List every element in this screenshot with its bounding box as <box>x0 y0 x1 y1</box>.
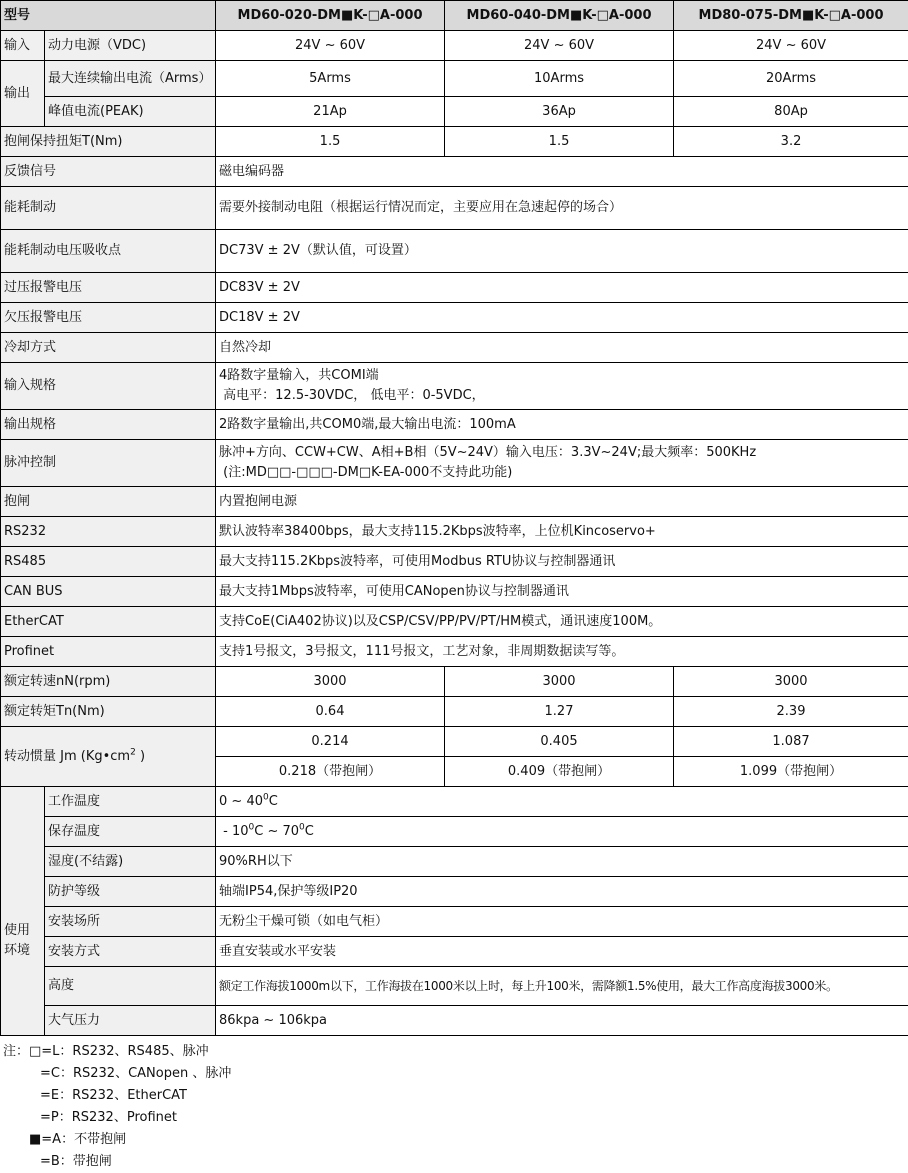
rated-torque-row: 额定转矩Tn(Nm) 0.64 1.27 2.39 <box>1 697 908 727</box>
env-label: 大气压力 <box>45 1006 216 1036</box>
input-group-label: 输入 <box>1 31 45 61</box>
rated-speed-3: 3000 <box>674 667 908 697</box>
model-header-2: MD60-040-DM■K-□A-000 <box>445 1 674 31</box>
spec-value: DC73V ± 2V（默认值，可设置） <box>216 230 908 273</box>
spec-value: 最大支持115.2Kbps波特率，可使用Modbus RTU协议与控制器通讯 <box>216 547 908 577</box>
env-label: 安装方式 <box>45 937 216 967</box>
env-row-pressure: 大气压力 86kpa ~ 106kpa <box>1 1006 908 1036</box>
spec-value: 需要外接制动电阻（根据运行情况而定，主要应用在急速起停的场合） <box>216 187 908 230</box>
spec-label: 过压报警电压 <box>1 273 216 303</box>
rated-speed-1: 3000 <box>216 667 445 697</box>
env-row-mounting: 安装方式 垂直安装或水平安装 <box>1 937 908 967</box>
spec-value-line1: 脉冲+方向、CCW+CW、A相+B相（5V~24V）输入电压：3.3V~24V;… <box>219 443 905 463</box>
spec-row-profinet: Profinet 支持1号报文，3号报文，111号报文，工艺对象，非周期数据读写… <box>1 637 908 667</box>
spec-value-line2: 高电平：12.5-30VDC， 低电平：0-5VDC， <box>219 386 905 406</box>
spec-label: 抱闸 <box>1 487 216 517</box>
env-row-location: 安装场所 无粉尘干燥可锁（如电气柜） <box>1 907 908 937</box>
brake-torque-2: 1.5 <box>445 127 674 157</box>
spec-label: 脉冲控制 <box>1 440 216 487</box>
env-store-temp-row: 保存温度 - 100C ~ 700C <box>1 817 908 847</box>
inertia-label-end: ) <box>136 749 145 764</box>
spec-label: 能耗制动 <box>1 187 216 230</box>
header-row: 型号 MD60-020-DM■K-□A-000 MD60-040-DM■K-□A… <box>1 1 908 31</box>
store-temp-b: C ~ 70 <box>254 824 299 839</box>
output-peak-row: 峰值电流(PEAK) 21Ap 36Ap 80Ap <box>1 97 908 127</box>
cont-current-3: 20Arms <box>674 61 908 97</box>
spec-row-canbus: CAN BUS 最大支持1Mbps波特率，可使用CANopen协议与控制器通讯 <box>1 577 908 607</box>
env-value: 86kpa ~ 106kpa <box>216 1006 908 1036</box>
spec-value: 内置抱闸电源 <box>216 487 908 517</box>
inertia-brake-3: 1.099（带抱闸） <box>674 757 908 787</box>
env-value: 轴端IP54,保护等级IP20 <box>216 877 908 907</box>
env-value: 无粉尘干燥可锁（如电气柜） <box>216 907 908 937</box>
spec-value-line2: (注:MD□□-□□□-DM□K-EA-000不支持此功能) <box>219 463 905 483</box>
model-header-3: MD80-075-DM■K-□A-000 <box>674 1 908 31</box>
spec-row-ethercat: EtherCAT 支持CoE(CiA402协议)以及CSP/CSV/PP/PV/… <box>1 607 908 637</box>
brake-torque-1: 1.5 <box>216 127 445 157</box>
spec-row-dynamic-brake: 能耗制动 需要外接制动电阻（根据运行情况而定，主要应用在急速起停的场合） <box>1 187 908 230</box>
spec-row-undervoltage: 欠压报警电压 DC18V ± 2V <box>1 303 908 333</box>
store-temp-c: C <box>305 824 314 839</box>
power-value-2: 24V ~ 60V <box>445 31 674 61</box>
spec-label: 反馈信号 <box>1 157 216 187</box>
inertia-label: 转动惯量 Jm (Kg•cm2 ) <box>1 727 216 787</box>
env-group-line1: 使用 <box>4 921 41 941</box>
rated-torque-2: 1.27 <box>445 697 674 727</box>
env-label: 安装场所 <box>45 907 216 937</box>
env-value: 90%RH以下 <box>216 847 908 877</box>
spec-label: EtherCAT <box>1 607 216 637</box>
work-temp-value: 0 ~ 400C <box>216 787 908 817</box>
rated-torque-1: 0.64 <box>216 697 445 727</box>
power-value-3: 24V ~ 60V <box>674 31 908 61</box>
spec-value: 磁电编码器 <box>216 157 908 187</box>
cont-current-2: 10Arms <box>445 61 674 97</box>
env-label: 高度 <box>45 967 216 1006</box>
spec-label: CAN BUS <box>1 577 216 607</box>
rated-torque-label: 额定转矩Tn(Nm) <box>1 697 216 727</box>
output-group-label: 输出 <box>1 61 45 127</box>
env-row-humidity: 湿度(不结露) 90%RH以下 <box>1 847 908 877</box>
model-label: 型号 <box>1 1 216 31</box>
spec-value-line1: 4路数字量输入，共COMI端 <box>219 366 905 386</box>
spec-table: 型号 MD60-020-DM■K-□A-000 MD60-040-DM■K-□A… <box>0 0 908 1036</box>
spec-value: DC18V ± 2V <box>216 303 908 333</box>
inertia-brake-2: 0.409（带抱闸） <box>445 757 674 787</box>
output-cont-row: 输出 最大连续输出电流（Arms） 5Arms 10Arms 20Arms <box>1 61 908 97</box>
spec-label: 输入规格 <box>1 363 216 410</box>
spec-row-brake-voltage: 能耗制动电压吸收点 DC73V ± 2V（默认值，可设置） <box>1 230 908 273</box>
spec-row-overvoltage: 过压报警电压 DC83V ± 2V <box>1 273 908 303</box>
spec-label: 能耗制动电压吸收点 <box>1 230 216 273</box>
spec-value: 2路数字量输出,共COM0端,最大输出电流：100mA <box>216 410 908 440</box>
rated-speed-label: 额定转速nN(rpm) <box>1 667 216 697</box>
environment-group-label: 使用 环境 <box>1 787 45 1036</box>
store-temp-value: - 100C ~ 700C <box>216 817 908 847</box>
power-label: 动力电源（VDC) <box>45 31 216 61</box>
env-label: 防护等级 <box>45 877 216 907</box>
power-value-1: 24V ~ 60V <box>216 31 445 61</box>
note-line: ■=A：不带抱闸 <box>3 1129 231 1151</box>
cont-current-1: 5Arms <box>216 61 445 97</box>
env-work-temp-row: 使用 环境 工作温度 0 ~ 400C <box>1 787 908 817</box>
env-label: 湿度(不结露) <box>45 847 216 877</box>
brake-torque-label: 抱闸保持扭矩T(Nm) <box>1 127 216 157</box>
spec-value: 最大支持1Mbps波特率，可使用CANopen协议与控制器通讯 <box>216 577 908 607</box>
note-line: =B：带抱闸 <box>3 1151 231 1173</box>
brake-torque-row: 抱闸保持扭矩T(Nm) 1.5 1.5 3.2 <box>1 127 908 157</box>
spec-row-input-spec: 输入规格 4路数字量输入，共COMI端 高电平：12.5-30VDC， 低电平：… <box>1 363 908 410</box>
env-value: 额定工作海拔1000m以下，工作海拔在1000米以上时，每上升100米，需降额1… <box>216 967 908 1006</box>
spec-row-feedback: 反馈信号 磁电编码器 <box>1 157 908 187</box>
spec-row-brake: 抱闸 内置抱闸电源 <box>1 487 908 517</box>
note-line: =P：RS232、Profinet <box>3 1107 231 1129</box>
store-temp-label: 保存温度 <box>45 817 216 847</box>
inertia-3: 1.087 <box>674 727 908 757</box>
note-line: 注：□=L：RS232、RS485、脉冲 <box>3 1041 231 1063</box>
spec-row-pulse: 脉冲控制 脉冲+方向、CCW+CW、A相+B相（5V~24V）输入电压：3.3V… <box>1 440 908 487</box>
inertia-2: 0.405 <box>445 727 674 757</box>
spec-row-rs232: RS232 默认波特率38400bps，最大支持115.2Kbps波特率，上位机… <box>1 517 908 547</box>
work-temp-label: 工作温度 <box>45 787 216 817</box>
spec-label: 欠压报警电压 <box>1 303 216 333</box>
spec-label: RS485 <box>1 547 216 577</box>
spec-label: Profinet <box>1 637 216 667</box>
inertia-brake-1: 0.218（带抱闸） <box>216 757 445 787</box>
spec-label: RS232 <box>1 517 216 547</box>
spec-value: 脉冲+方向、CCW+CW、A相+B相（5V~24V）输入电压：3.3V~24V;… <box>216 440 908 487</box>
spec-label: 冷却方式 <box>1 333 216 363</box>
spec-value: DC83V ± 2V <box>216 273 908 303</box>
spec-value: 自然冷却 <box>216 333 908 363</box>
spec-row-cooling: 冷却方式 自然冷却 <box>1 333 908 363</box>
work-temp-a: 0 ~ 40 <box>219 794 263 809</box>
note-line: =E：RS232、EtherCAT <box>3 1085 231 1107</box>
spec-value: 支持1号报文，3号报文，111号报文，工艺对象，非周期数据读写等。 <box>216 637 908 667</box>
spec-row-output-spec: 输出规格 2路数字量输出,共COM0端,最大输出电流：100mA <box>1 410 908 440</box>
peak-current-2: 36Ap <box>445 97 674 127</box>
inertia-row: 转动惯量 Jm (Kg•cm2 ) 0.214 0.405 1.087 <box>1 727 908 757</box>
inertia-label-text: 转动惯量 Jm (Kg•cm <box>4 749 130 764</box>
spec-label: 输出规格 <box>1 410 216 440</box>
peak-current-3: 80Ap <box>674 97 908 127</box>
inertia-1: 0.214 <box>216 727 445 757</box>
store-temp-a: - 10 <box>219 824 249 839</box>
env-group-line2: 环境 <box>4 941 41 961</box>
peak-current-1: 21Ap <box>216 97 445 127</box>
notes: 注：□=L：RS232、RS485、脉冲 =C：RS232、CANopen 、脉… <box>3 1041 231 1173</box>
spec-value: 默认波特率38400bps，最大支持115.2Kbps波特率，上位机Kincos… <box>216 517 908 547</box>
spec-value: 4路数字量输入，共COMI端 高电平：12.5-30VDC， 低电平：0-5VD… <box>216 363 908 410</box>
spec-value: 支持CoE(CiA402协议)以及CSP/CSV/PP/PV/PT/HM模式，通… <box>216 607 908 637</box>
spec-row-rs485: RS485 最大支持115.2Kbps波特率，可使用Modbus RTU协议与控… <box>1 547 908 577</box>
env-row-protection: 防护等级 轴端IP54,保护等级IP20 <box>1 877 908 907</box>
input-power-row: 输入 动力电源（VDC) 24V ~ 60V 24V ~ 60V 24V ~ 6… <box>1 31 908 61</box>
env-row-altitude: 高度 额定工作海拔1000m以下，工作海拔在1000米以上时，每上升100米，需… <box>1 967 908 1006</box>
work-temp-b: C <box>269 794 278 809</box>
peak-current-label: 峰值电流(PEAK) <box>45 97 216 127</box>
env-value: 垂直安装或水平安装 <box>216 937 908 967</box>
model-header-1: MD60-020-DM■K-□A-000 <box>216 1 445 31</box>
note-line: =C：RS232、CANopen 、脉冲 <box>3 1063 231 1085</box>
cont-current-label: 最大连续输出电流（Arms） <box>45 61 216 97</box>
brake-torque-3: 3.2 <box>674 127 908 157</box>
rated-speed-2: 3000 <box>445 667 674 697</box>
rated-speed-row: 额定转速nN(rpm) 3000 3000 3000 <box>1 667 908 697</box>
rated-torque-3: 2.39 <box>674 697 908 727</box>
